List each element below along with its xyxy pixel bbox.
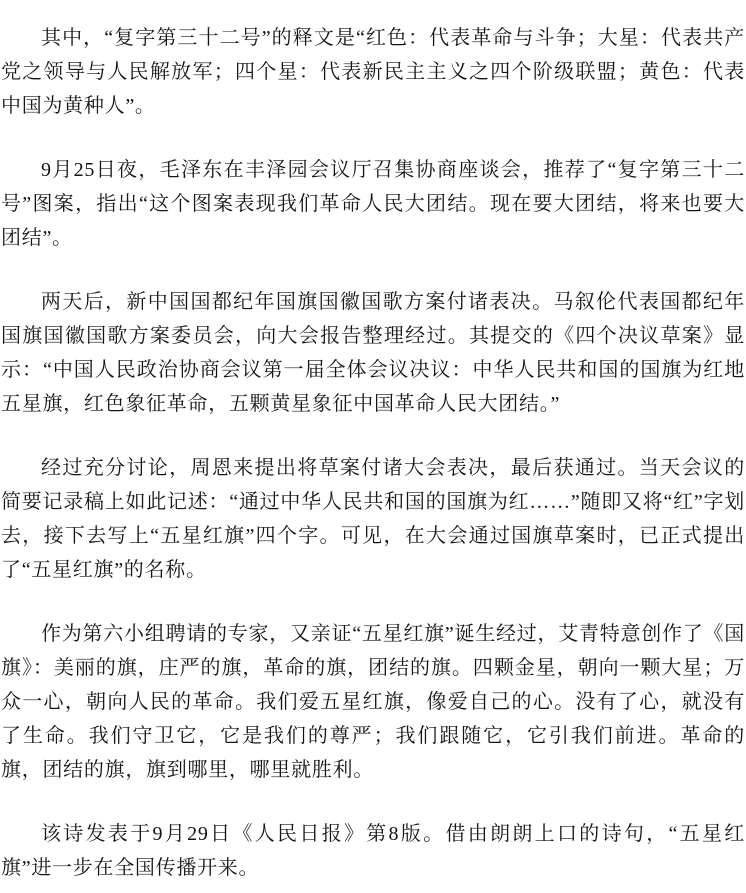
paragraph-mao-recommendation: 9月25日夜，毛泽东在丰泽园会议厅召集协商座谈会，推荐了“复字第三十二号”图案，… [1, 153, 745, 255]
paragraph-zhou-enlai-naming: 经过充分讨论，周恩来提出将草案付诸大会表决，最后获通过。当天会议的简要记录稿上如… [1, 451, 745, 587]
paragraph-flag-design-explanation: 其中，“复字第三十二号”的释文是“红色：代表革命与斗争；大星：代表共产党之领导与… [1, 21, 745, 123]
document-page: 其中，“复字第三十二号”的释文是“红色：代表革命与斗争；大星：代表共产党之领导与… [0, 0, 746, 893]
paragraph-draft-resolution-vote: 两天后，新中国国都纪年国旗国徽国歌方案付诸表决。马叙伦代表国都纪年国旗国徽国歌方… [1, 285, 745, 421]
paragraph-ai-qing-poem: 作为第六小组聘请的专家，又亲证“五星红旗”诞生经过，艾青特意创作了《国旗》：美丽… [1, 617, 745, 787]
paragraph-poem-publication: 该诗发表于9月29日《人民日报》第8版。借由朗朗上口的诗句，“五星红旗”进一步在… [1, 817, 745, 885]
